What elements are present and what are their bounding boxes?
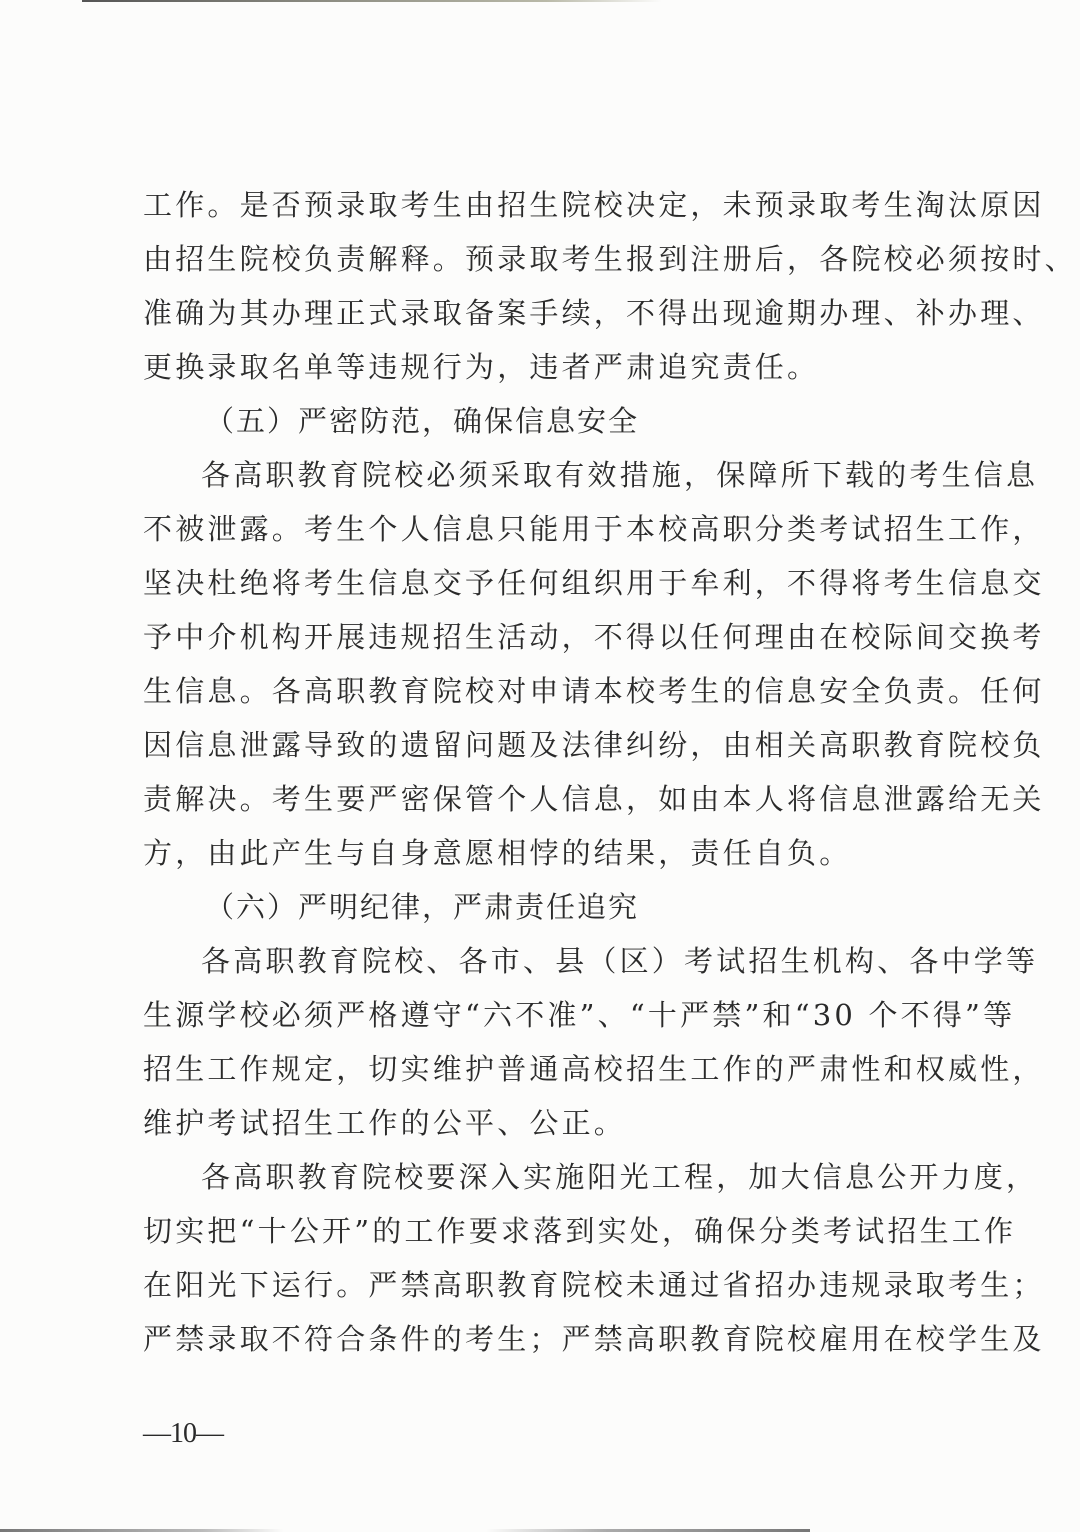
body-line: 切实把“十公开”的工作要求落到实处，确保分类考试招生工作 <box>143 1204 943 1258</box>
scan-edge-top <box>82 0 662 2</box>
document-page: 工作。是否预录取考生由招生院校决定，未预录取考生淘汰原因 由招生院校负责解释。预… <box>143 178 943 1366</box>
body-line: 责解决。考生要严密保管个人信息，如由本人将信息泄露给无关 <box>143 772 943 826</box>
body-line: 准确为其办理正式录取备案手续，不得出现逾期办理、补办理、 <box>143 286 943 340</box>
body-line: 生信息。各高职教育院校对申请本校考生的信息安全负责。任何 <box>143 664 943 718</box>
body-line: 在阳光下运行。严禁高职教育院校未通过省招办违规录取考生； <box>143 1258 943 1312</box>
body-line: 坚决杜绝将考生信息交予任何组织用于牟利，不得将考生信息交 <box>143 556 943 610</box>
section-heading-6: （六）严明纪律，严肃责任追究 <box>143 880 943 934</box>
body-line: 不被泄露。考生个人信息只能用于本校高职分类考试招生工作， <box>143 502 943 556</box>
body-line: 由招生院校负责解释。预录取考生报到注册后，各院校必须按时、 <box>143 232 943 286</box>
body-line: 各高职教育院校要深入实施阳光工程，加大信息公开力度， <box>143 1150 943 1204</box>
body-line: 方，由此产生与自身意愿相悖的结果，责任自负。 <box>143 826 943 880</box>
body-line: 生源学校必须严格遵守“六不准”、“十严禁”和“30 个不得”等 <box>143 988 943 1042</box>
body-line: 招生工作规定，切实维护普通高校招生工作的严肃性和权威性， <box>143 1042 943 1096</box>
page-number: —10— <box>143 1418 223 1450</box>
body-line: 因信息泄露导致的遗留问题及法律纠纷，由相关高职教育院校负 <box>143 718 943 772</box>
section-heading-5: （五）严密防范，确保信息安全 <box>143 394 943 448</box>
body-line: 各高职教育院校、各市、县（区）考试招生机构、各中学等 <box>143 934 943 988</box>
body-line: 各高职教育院校必须采取有效措施，保障所下载的考生信息 <box>143 448 943 502</box>
body-line: 予中介机构开展违规招生活动，不得以任何理由在校际间交换考 <box>143 610 943 664</box>
body-line: 工作。是否预录取考生由招生院校决定，未预录取考生淘汰原因 <box>143 178 943 232</box>
body-line: 维护考试招生工作的公平、公正。 <box>143 1096 943 1150</box>
body-line: 更换录取名单等违规行为，违者严肃追究责任。 <box>143 340 943 394</box>
body-line: 严禁录取不符合条件的考生；严禁高职教育院校雇用在校学生及 <box>143 1312 943 1366</box>
